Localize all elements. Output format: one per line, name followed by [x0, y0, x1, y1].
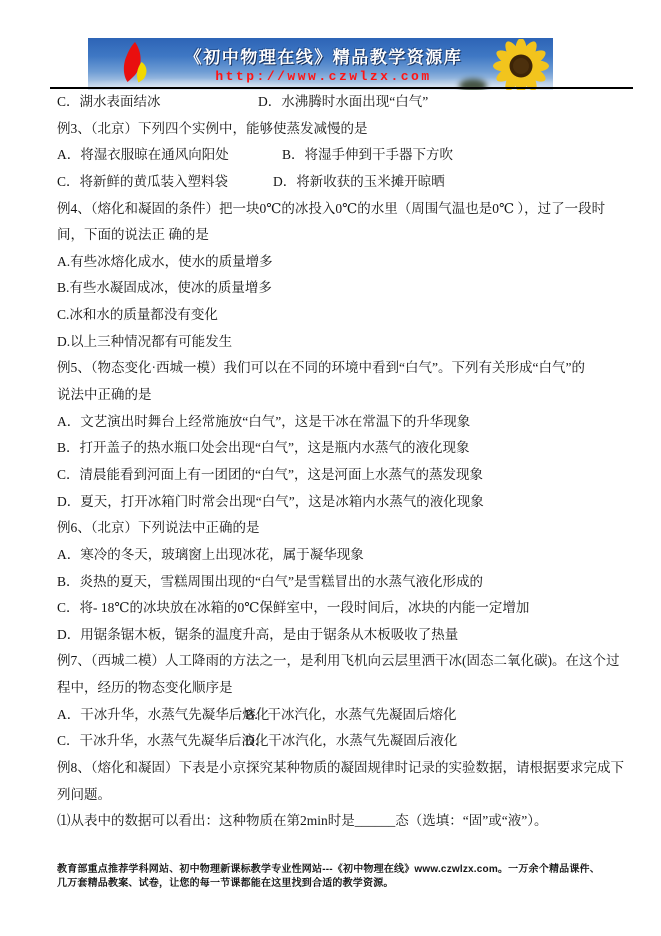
sub-question-1: ⑴从表中的数据可以看出：这种物质在第2min时是______态（选填：“固”或“…	[57, 808, 617, 835]
question-stem: 间，下面的说法正 确的是	[57, 222, 209, 249]
footer-line-1: 教育部重点推荐学科网站、初中物理新课标教学专业性网站---《初中物理在线》www…	[57, 863, 635, 877]
question-stem: 程中，经历的物态变化顺序是	[57, 675, 233, 702]
question-stem: 说法中正确的是	[57, 382, 152, 409]
option-row: C．将新鲜的黄瓜装入塑料袋D．将新收获的玉米摊开晾晒	[57, 169, 617, 196]
banner-text-block: 《初中物理在线》精品教学资源库 http://www.czwlzx.com	[180, 43, 467, 84]
question-stem: 例3、（北京）下列四个实例中，能够使蒸发减慢的是	[57, 116, 368, 143]
option-a: A.有些冰熔化成水，使水的质量增多	[57, 249, 273, 276]
option-d: D．干冰汽化，水蒸气先凝固后液化	[245, 728, 457, 755]
question-stem: 例6、（北京）下列说法中正确的是	[57, 515, 260, 542]
option-d: D．用锯条锯木板，锯条的温度升高，是由于锯条从木板吸收了热量	[57, 622, 458, 649]
option-row: C．将- 18℃的冰块放在冰箱的0℃保鲜室中，一段时间后，冰块的内能一定增加	[57, 595, 617, 622]
option-d: D.以上三种情况都有可能发生	[57, 329, 232, 356]
option-row: A．文艺演出时舞台上经常施放“白气”，这是干冰在常温下的升华现象	[57, 409, 617, 436]
option-a: A．寒冷的冬天，玻璃窗上出现冰花，属于凝华现象	[57, 542, 364, 569]
option-row: B.有些水凝固成冰，使冰的质量增多	[57, 275, 617, 302]
banner-url-link[interactable]: http://www.czwlzx.com	[180, 69, 467, 84]
option-row: D．用锯条锯木板，锯条的温度升高，是由于锯条从木板吸收了热量	[57, 622, 617, 649]
option-row: D．夏天，打开冰箱门时常会出现“白气”，这是冰箱内水蒸气的液化现象	[57, 489, 617, 516]
option-d: D．夏天，打开冰箱门时常会出现“白气”，这是冰箱内水蒸气的液化现象	[57, 489, 484, 516]
sunflower-image	[490, 39, 552, 90]
document-page: 《初中物理在线》精品教学资源库 http://www.czwlzx.com	[0, 0, 661, 936]
banner-title: 《初中物理在线》精品教学资源库	[180, 43, 467, 68]
option-b: B．炎热的夏天，雪糕周围出现的“白气”是雪糕冒出的水蒸气液化形成的	[57, 569, 483, 596]
question-example-3: 例3、（北京）下列四个实例中，能够使蒸发减慢的是	[57, 116, 617, 143]
option-c: C．将- 18℃的冰块放在冰箱的0℃保鲜室中，一段时间后，冰块的内能一定增加	[57, 595, 529, 622]
option-c: C．将新鲜的黄瓜装入塑料袋	[57, 169, 228, 196]
question-example-4-cont: 间，下面的说法正 确的是	[57, 222, 617, 249]
footer-line-2: 几万套精品教案、试卷，让您的每一节课都能在这里找到合适的教学资源。	[57, 877, 635, 891]
option-row: A．干冰升华，水蒸气先凝华后熔化B．干冰汽化，水蒸气先凝固后熔化	[57, 702, 617, 729]
question-stem: 例7、（西城二模）人工降雨的方法之一，是利用飞机向云层里洒干冰(固态二氧化碳)。…	[57, 648, 620, 675]
option-row: C．干冰升华，水蒸气先凝华后液化D．干冰汽化，水蒸气先凝固后液化	[57, 728, 617, 755]
option-row: C．湖水表面结冰D．水沸腾时水面出现“白气”	[57, 89, 617, 116]
flame-logo-icon	[110, 41, 156, 87]
footer: 教育部重点推荐学科网站、初中物理新课标教学专业性网站---《初中物理在线》www…	[57, 863, 635, 891]
option-row: A．寒冷的冬天，玻璃窗上出现冰花，属于凝华现象	[57, 542, 617, 569]
option-c: C.冰和水的质量都没有变化	[57, 302, 218, 329]
option-a: A．将湿衣服晾在通风向阳处	[57, 142, 229, 169]
question-stem: 例4、（熔化和凝固的条件）把一块0℃的冰投入0℃的水里（周围气温也是0℃ ），过…	[57, 196, 605, 223]
fill-blank-question: ⑴从表中的数据可以看出：这种物质在第2min时是______态（选填：“固”或“…	[57, 808, 547, 835]
option-row: A．将湿衣服晾在通风向阳处B．将湿手伸到干手器下方吹	[57, 142, 617, 169]
option-c: C．湖水表面结冰	[57, 89, 161, 116]
option-d: D．将新收获的玉米摊开晾晒	[273, 169, 445, 196]
option-row: C.冰和水的质量都没有变化	[57, 302, 617, 329]
option-row: C．清晨能看到河面上有一团团的“白气”，这是河面上水蒸气的蒸发现象	[57, 462, 617, 489]
question-example-5: 例5、（物态变化·西城一模）我们可以在不同的环境中看到“白气”。下列有关形成“白…	[57, 355, 617, 382]
question-example-6: 例6、（北京）下列说法中正确的是	[57, 515, 617, 542]
option-row: B．炎热的夏天，雪糕周围出现的“白气”是雪糕冒出的水蒸气液化形成的	[57, 569, 617, 596]
option-b: B．将湿手伸到干手器下方吹	[282, 142, 453, 169]
question-example-7-cont: 程中，经历的物态变化顺序是	[57, 675, 617, 702]
question-stem: 例5、（物态变化·西城一模）我们可以在不同的环境中看到“白气”。下列有关形成“白…	[57, 355, 585, 382]
question-stem: 例8、（熔化和凝固）下表是小京探究某种物质的凝固规律时记录的实验数据，请根据要求…	[57, 755, 624, 782]
option-row: D.以上三种情况都有可能发生	[57, 329, 617, 356]
question-example-4: 例4、（熔化和凝固的条件）把一块0℃的冰投入0℃的水里（周围气温也是0℃ ），过…	[57, 196, 617, 223]
site-banner: 《初中物理在线》精品教学资源库 http://www.czwlzx.com	[88, 38, 553, 90]
option-d: D．水沸腾时水面出现“白气”	[258, 89, 428, 116]
option-c: C．清晨能看到河面上有一团团的“白气”，这是河面上水蒸气的蒸发现象	[57, 462, 483, 489]
option-a: A．文艺演出时舞台上经常施放“白气”，这是干冰在常温下的升华现象	[57, 409, 470, 436]
option-b: B．干冰汽化，水蒸气先凝固后熔化	[245, 702, 457, 729]
document-body: C．湖水表面结冰D．水沸腾时水面出现“白气”例3、（北京）下列四个实例中，能够使…	[57, 89, 617, 835]
question-example-8: 例8、（熔化和凝固）下表是小京探究某种物质的凝固规律时记录的实验数据，请根据要求…	[57, 755, 617, 782]
option-row: B．打开盖子的热水瓶口处会出现“白气”，这是瓶内水蒸气的液化现象	[57, 435, 617, 462]
option-b: B.有些水凝固成冰，使冰的质量增多	[57, 275, 272, 302]
option-c: C．干冰升华，水蒸气先凝华后液化	[57, 728, 269, 755]
question-stem: 列问题。	[57, 782, 111, 809]
option-a: A．干冰升华，水蒸气先凝华后熔化	[57, 702, 269, 729]
question-example-5-cont: 说法中正确的是	[57, 382, 617, 409]
option-row: A.有些冰熔化成水，使水的质量增多	[57, 249, 617, 276]
question-example-7: 例7、（西城二模）人工降雨的方法之一，是利用飞机向云层里洒干冰(固态二氧化碳)。…	[57, 648, 617, 675]
option-b: B．打开盖子的热水瓶口处会出现“白气”，这是瓶内水蒸气的液化现象	[57, 435, 470, 462]
question-example-8-cont: 列问题。	[57, 782, 617, 809]
